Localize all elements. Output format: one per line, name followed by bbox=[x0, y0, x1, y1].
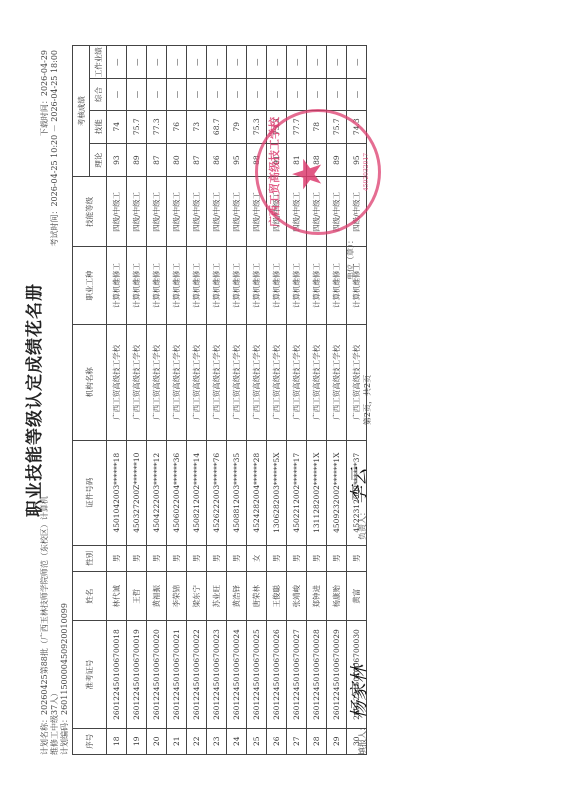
cell-comprehensive: — bbox=[227, 79, 247, 110]
cell-occupation: 计算机维修工 bbox=[207, 247, 227, 324]
table-row: 192601224501006700019王哲男450327200Z******… bbox=[127, 46, 147, 755]
header-occupation: 职业工种 bbox=[73, 247, 107, 324]
cell-gender: 男 bbox=[227, 545, 247, 571]
unit: 单位（章）： bbox=[345, 236, 356, 280]
header-gender: 性别 bbox=[73, 545, 107, 571]
header-level: 技能等级 bbox=[73, 177, 107, 247]
cell-occupation: 计算机维修工 bbox=[307, 247, 327, 324]
table-row: 232601224501006700023苏业旺男4526222003*****… bbox=[207, 46, 227, 755]
cell-comprehensive: — bbox=[287, 79, 307, 110]
cell-name: 张靖峻 bbox=[287, 572, 307, 621]
cell-occupation: 计算机维修工 bbox=[187, 247, 207, 324]
cell-work-performance: — bbox=[127, 46, 147, 79]
cell-id-no: 4506022004******36 bbox=[167, 440, 187, 545]
table-row: 212601224501006700021李荣锦男4506022004*****… bbox=[167, 46, 187, 755]
cell-exam-no: 2601224501006700026 bbox=[267, 621, 287, 728]
cell-name: 梁东宁 bbox=[187, 572, 207, 621]
cell-seq: 23 bbox=[207, 728, 227, 754]
cell-org: 广西工贸高级技工学校 bbox=[307, 324, 327, 440]
cell-comprehensive: — bbox=[167, 79, 187, 110]
cell-exam-no: 2601224501006700028 bbox=[307, 621, 327, 728]
cell-skill: 68.7 bbox=[207, 110, 227, 143]
time-info: 下载时间：2026-04-29 考试时间：2026-04-25 10:20 － … bbox=[40, 50, 60, 247]
cell-seq: 19 bbox=[127, 728, 147, 754]
header-name: 姓名 bbox=[73, 572, 107, 621]
cell-id-no: 1311282002******1X bbox=[307, 440, 327, 545]
header-scores-group: 考核成绩 bbox=[73, 46, 90, 177]
cell-work-performance: — bbox=[247, 46, 267, 79]
cell-level: 四级/中级工 bbox=[127, 177, 147, 247]
cell-seq: 27 bbox=[287, 728, 307, 754]
cell-comprehensive: — bbox=[327, 79, 347, 110]
cell-org: 广西工贸高级技工学校 bbox=[327, 324, 347, 440]
plan-info: 计划名称：20260425第88批（广西玉林技师学院师范（东校区）计算机 维修工… bbox=[40, 496, 70, 755]
cell-id-no: 4526222003******76 bbox=[207, 440, 227, 545]
cell-seq: 21 bbox=[167, 728, 187, 754]
cell-comprehensive: — bbox=[247, 79, 267, 110]
cell-org: 广西工贸高级技工学校 bbox=[127, 324, 147, 440]
cell-occupation: 计算机维修工 bbox=[327, 247, 347, 324]
exam-time: 考试时间：2026-04-25 10:20 － 2026-04-25 18:00 bbox=[50, 50, 60, 247]
plan-name-label: 计划名称： bbox=[40, 715, 49, 755]
cell-seq: 28 bbox=[307, 728, 327, 754]
cell-skill: 76 bbox=[167, 110, 187, 143]
cell-work-performance: — bbox=[327, 46, 347, 79]
cell-id-no: 4524282004******28 bbox=[247, 440, 267, 545]
cell-gender: 女 bbox=[247, 545, 267, 571]
cell-seq: 24 bbox=[227, 728, 247, 754]
cell-id-no: 4509232002******1X bbox=[327, 440, 347, 545]
cell-gender: 男 bbox=[187, 545, 207, 571]
header-comprehensive: 综合 bbox=[90, 79, 107, 110]
cell-gender: 男 bbox=[207, 545, 227, 571]
cell-theory: 89 bbox=[127, 143, 147, 176]
cell-org: 广西工贸高级技工学校 bbox=[107, 324, 127, 440]
cell-gender: 男 bbox=[107, 545, 127, 571]
cell-id-no: 4502212002******17 bbox=[287, 440, 307, 545]
cell-exam-no: 2601224501006700023 bbox=[207, 621, 227, 728]
cell-skill: 73 bbox=[187, 110, 207, 143]
cell-theory: 87 bbox=[187, 143, 207, 176]
plan-name-suffix: 维修工中级37人） bbox=[50, 496, 60, 755]
cell-exam-no: 2601224501006700025 bbox=[247, 621, 267, 728]
cell-level: 四级/中级工 bbox=[147, 177, 167, 247]
table-row: 182601224501006700018林代诚男450104200З*****… bbox=[107, 46, 127, 755]
cell-org: 广西工贸高级技工学校 bbox=[267, 324, 287, 440]
header-seq: 序号 bbox=[73, 728, 107, 754]
roster-page: 职业技能等级认定成绩花名册 计划名称：20260425第88批（广西玉林技师学院… bbox=[0, 0, 566, 800]
cell-occupation: 计算机维修工 bbox=[127, 247, 147, 324]
cell-org: 广西工贸高级技工学校 bbox=[167, 324, 187, 440]
cell-gender: 男 bbox=[127, 545, 147, 571]
header-theory: 理论 bbox=[90, 143, 107, 176]
cell-name: 黄福振 bbox=[147, 572, 167, 621]
cell-seq: 26 bbox=[267, 728, 287, 754]
cell-work-performance: — bbox=[227, 46, 247, 79]
cell-org: 广西工贸高级技工学校 bbox=[247, 324, 267, 440]
header-exam-no: 准考证号 bbox=[73, 621, 107, 728]
cell-exam-no: 2601224501006700029 bbox=[327, 621, 347, 728]
cell-comprehensive: — bbox=[267, 79, 287, 110]
cell-name: 郑钟进 bbox=[307, 572, 327, 621]
header-org: 机构名称 bbox=[73, 324, 107, 440]
cell-occupation: 计算机维修工 bbox=[267, 247, 287, 324]
cell-comprehensive: — bbox=[127, 79, 147, 110]
cell-exam-no: 2601224501006700019 bbox=[127, 621, 147, 728]
cell-occupation: 计算机维修工 bbox=[167, 247, 187, 324]
cell-org: 广西工贸高级技工学校 bbox=[187, 324, 207, 440]
official-seal: 广西工贸高级技工学校 ★ 4502032017 bbox=[255, 109, 381, 235]
cell-name: 唐荣林 bbox=[247, 572, 267, 621]
cell-name: 王俊聪 bbox=[267, 572, 287, 621]
plan-name: 20260425第88批（广西玉林技师学院师范（东校区）计算机 bbox=[40, 496, 49, 715]
cell-level: 四级/中级工 bbox=[187, 177, 207, 247]
cell-gender: 男 bbox=[267, 545, 287, 571]
cell-work-performance: — bbox=[107, 46, 127, 79]
cell-id-no: 1306282003******5X bbox=[267, 440, 287, 545]
star-icon: ★ bbox=[288, 156, 328, 192]
cell-work-performance: — bbox=[147, 46, 167, 79]
cell-theory: 93 bbox=[107, 143, 127, 176]
cell-org: 广西工贸高级技工学校 bbox=[227, 324, 247, 440]
cell-exam-no: 2601224501006700022 bbox=[187, 621, 207, 728]
cell-seq: 25 bbox=[247, 728, 267, 754]
cell-id-no: 450104200З******18 bbox=[107, 440, 127, 545]
cell-gender: 男 bbox=[167, 545, 187, 571]
cell-level: 四级/中级工 bbox=[107, 177, 127, 247]
cell-level: 四级/中级工 bbox=[167, 177, 187, 247]
cell-name: 杨康贻 bbox=[327, 572, 347, 621]
cell-comprehensive: — bbox=[147, 79, 167, 110]
cell-skill: 75.7 bbox=[127, 110, 147, 143]
cell-theory: 86 bbox=[207, 143, 227, 176]
cell-work-performance: — bbox=[267, 46, 287, 79]
cell-exam-no: 2601224501006700027 bbox=[287, 621, 307, 728]
plan-code: 2601150000450920010099 bbox=[60, 603, 69, 715]
cell-skill: 77.3 bbox=[147, 110, 167, 143]
cell-id-no: 4508212002******14 bbox=[187, 440, 207, 545]
cell-work-performance: — bbox=[207, 46, 227, 79]
cell-seq: 22 bbox=[187, 728, 207, 754]
cell-comprehensive: — bbox=[187, 79, 207, 110]
cell-org: 广西工贸高级技工学校 bbox=[287, 324, 307, 440]
header-work-performance: 工作业绩 bbox=[90, 46, 107, 79]
cell-occupation: 计算机维修工 bbox=[147, 247, 167, 324]
cell-comprehensive: — bbox=[307, 79, 327, 110]
cell-exam-no: 2601224501006700021 bbox=[167, 621, 187, 728]
cell-skill: 74 bbox=[107, 110, 127, 143]
cell-work-performance: — bbox=[167, 46, 187, 79]
cell-name: 黄浩铎 bbox=[227, 572, 247, 621]
cell-exam-no: 2601224501006700020 bbox=[147, 621, 167, 728]
cell-id-no: 4508812003******35 bbox=[227, 440, 247, 545]
cell-level: 四级/中级工 bbox=[227, 177, 247, 247]
cell-work-performance: — bbox=[307, 46, 327, 79]
cell-seq: 29 bbox=[327, 728, 347, 754]
cell-occupation: 计算机维修工 bbox=[227, 247, 247, 324]
cell-name: 苏业旺 bbox=[207, 572, 227, 621]
cell-id-no: 450422200З******12 bbox=[147, 440, 167, 545]
header-skill: 技能 bbox=[90, 110, 107, 143]
unit-label: 单位（章）： bbox=[346, 236, 355, 280]
cell-skill: 79 bbox=[227, 110, 247, 143]
plan-code-label: 计划编码： bbox=[60, 715, 69, 755]
cell-occupation: 计算机维修工 bbox=[287, 247, 307, 324]
table-row: 242601224501006700024黄浩铎男4508812003*****… bbox=[227, 46, 247, 755]
cell-work-performance: — bbox=[187, 46, 207, 79]
cell-comprehensive: — bbox=[207, 79, 227, 110]
download-time: 下载时间：2026-04-29 bbox=[40, 50, 50, 247]
table-row: 222601224501006700022梁东宁男4508212002*****… bbox=[187, 46, 207, 755]
cell-level: 四级/中级工 bbox=[207, 177, 227, 247]
cell-org: 广西工贸高级技工学校 bbox=[147, 324, 167, 440]
cell-seq: 18 bbox=[107, 728, 127, 754]
cell-occupation: 计算机维修工 bbox=[247, 247, 267, 324]
cell-theory: 80 bbox=[167, 143, 187, 176]
cell-occupation: 计算机维修工 bbox=[107, 247, 127, 324]
cell-name: 林代诚 bbox=[107, 572, 127, 621]
cell-name: 李荣锦 bbox=[167, 572, 187, 621]
table-row: 202601224501006700020黄福振男450422200З*****… bbox=[147, 46, 167, 755]
cell-comprehensive: — bbox=[107, 79, 127, 110]
seal-code: 4502032017 bbox=[363, 112, 370, 232]
cell-org: 广西工贸高级技工学校 bbox=[207, 324, 227, 440]
cell-id-no: 450327200Z******10 bbox=[127, 440, 147, 545]
cell-gender: 男 bbox=[287, 545, 307, 571]
seal-text: 广西工贸高级技工学校 bbox=[266, 112, 282, 232]
cell-work-performance: — bbox=[287, 46, 307, 79]
cell-theory: 95 bbox=[227, 143, 247, 176]
cell-name: 王哲 bbox=[127, 572, 147, 621]
cell-gender: 男 bbox=[307, 545, 327, 571]
cell-exam-no: 2601224501006700024 bbox=[227, 621, 247, 728]
cell-exam-no: 2601224501006700018 bbox=[107, 621, 127, 728]
cell-gender: 男 bbox=[147, 545, 167, 571]
header-id-no: 证件号码 bbox=[73, 440, 107, 545]
cell-theory: 87 bbox=[147, 143, 167, 176]
cell-gender: 男 bbox=[327, 545, 347, 571]
cell-seq: 20 bbox=[147, 728, 167, 754]
